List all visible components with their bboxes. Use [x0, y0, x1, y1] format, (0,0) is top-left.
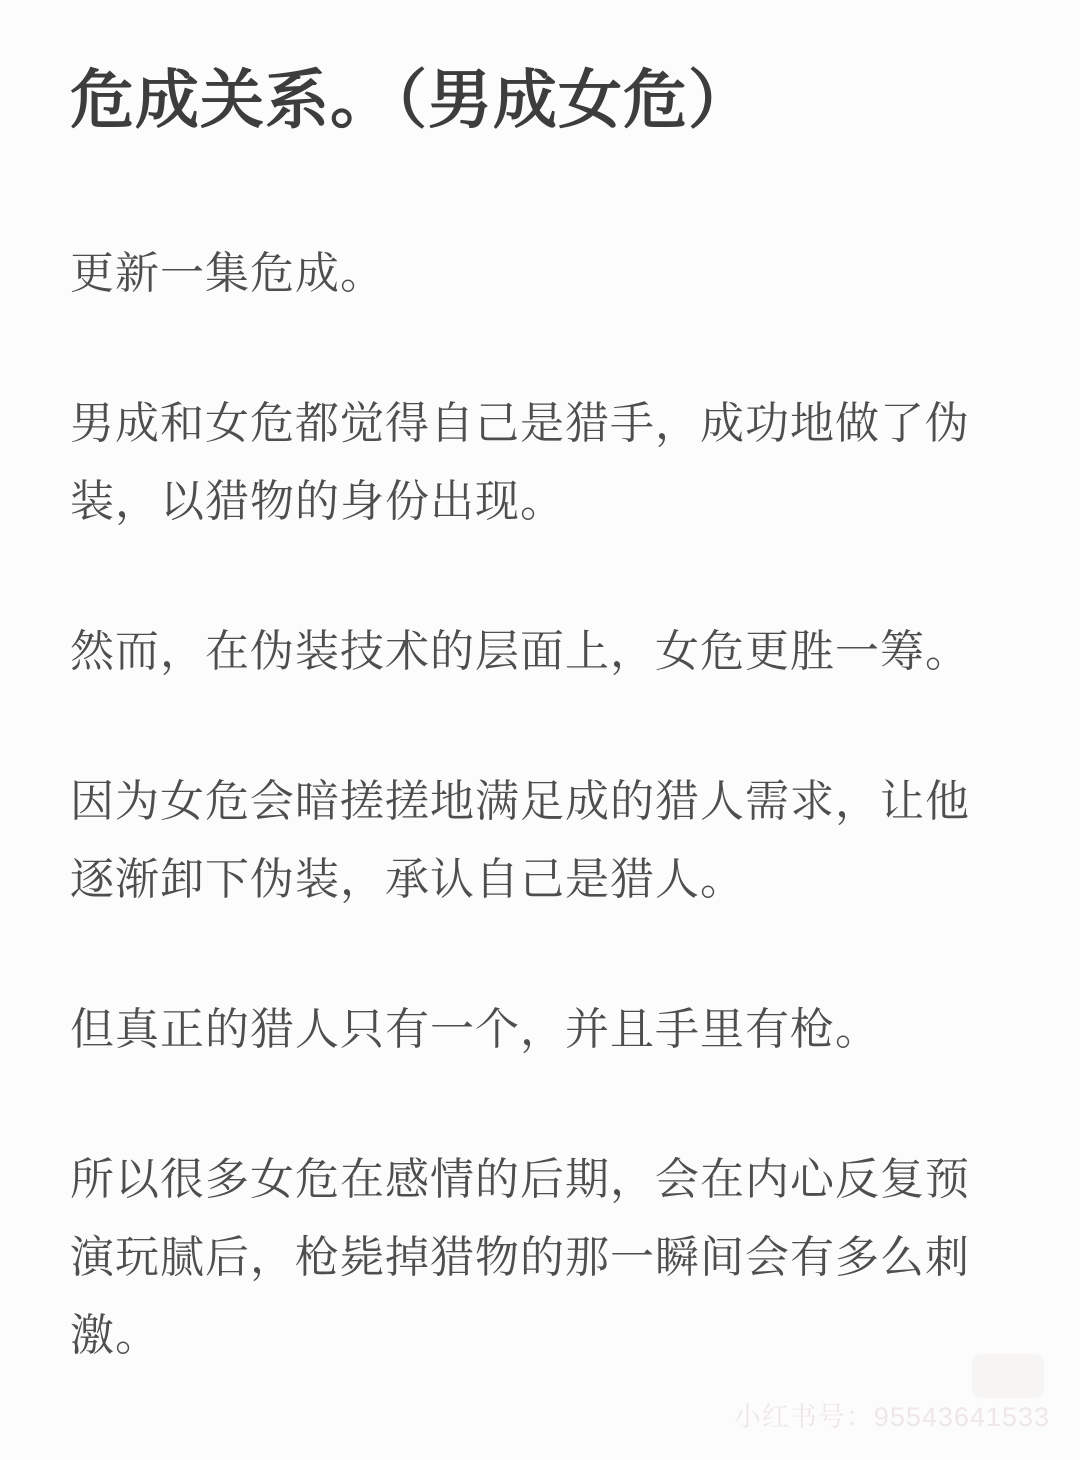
post-body: 更新一集危成。 男成和女危都觉得自己是猎手，成功地做了伪装，以猎物的身份出现。 …: [70, 235, 1010, 1375]
watermark-logo: [972, 1354, 1044, 1398]
paragraph-3: 然而，在伪装技术的层面上，女危更胜一筹。: [70, 613, 1010, 691]
post-page: 危成关系。（男成女危） 更新一集危成。 男成和女危都觉得自己是猎手，成功地做了伪…: [0, 0, 1080, 1460]
paragraph-5: 但真正的猎人只有一个，并且手里有枪。: [70, 991, 1010, 1069]
post-title: 危成关系。（男成女危）: [70, 62, 1010, 139]
watermark-account-id: 小红书号：95543641533: [734, 1395, 1050, 1434]
paragraph-6: 所以很多女危在感情的后期，会在内心反复预演玩腻后，枪毙掉猎物的那一瞬间会有多么刺…: [70, 1141, 1010, 1375]
paragraph-2: 男成和女危都觉得自己是猎手，成功地做了伪装，以猎物的身份出现。: [70, 385, 1010, 541]
paragraph-4: 因为女危会暗搓搓地满足成的猎人需求，让他逐渐卸下伪装，承认自己是猎人。: [70, 763, 1010, 919]
paragraph-1: 更新一集危成。: [70, 235, 1010, 313]
